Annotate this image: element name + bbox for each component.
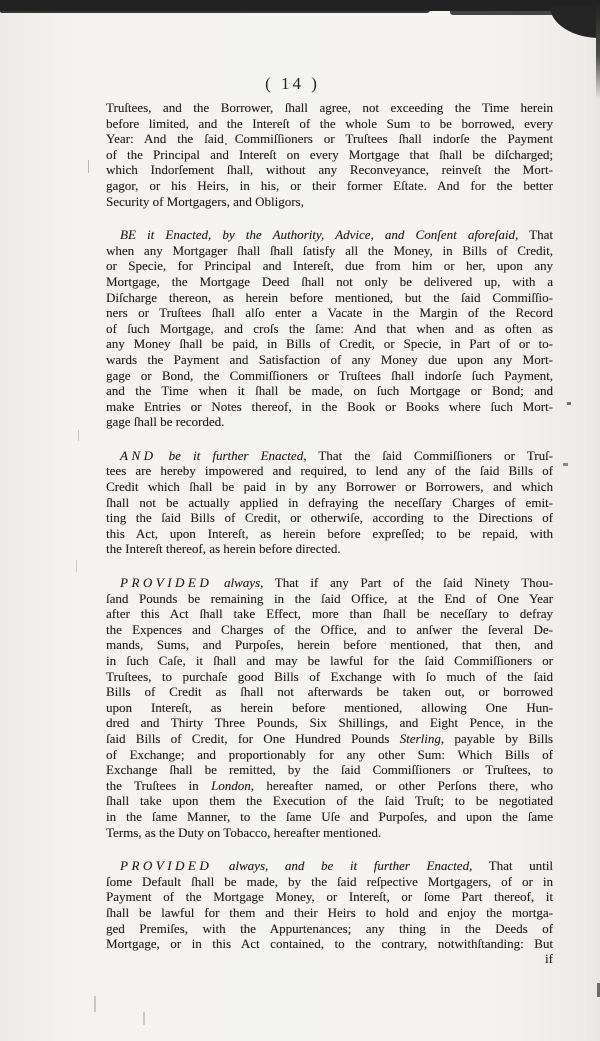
text-line: ſome Default ſhall be made, by the ſaid … bbox=[106, 874, 553, 890]
text-line: of ſuch Mortgage, and croſs the ſame: An… bbox=[106, 321, 553, 337]
text-run: ſome Default ſhall be made, by the ſaid … bbox=[106, 874, 553, 889]
text-line: wards the Payment and Satisfaction of an… bbox=[106, 352, 553, 368]
text-run: of ſuch Mortgage, and croſs the ſame: An… bbox=[106, 321, 553, 336]
scan-artifact bbox=[88, 160, 89, 173]
text-line: dred and Thirty Three Pounds, Six Shilli… bbox=[106, 715, 553, 731]
text-run: That bbox=[518, 227, 553, 242]
text-run: , hereafter named, or other Perſons ther… bbox=[251, 778, 553, 793]
scan-border-top-ragged-edge-right bbox=[450, 10, 560, 15]
italic-text-run: be it further Enacted, bbox=[157, 448, 307, 463]
text-line: or Specie, for Principal and Intereſt, d… bbox=[106, 258, 553, 274]
text-line: Bills of Credit as ſhall not afterwards … bbox=[106, 684, 553, 700]
text-run: Bills of Credit as ſhall not afterwards … bbox=[106, 684, 553, 699]
text-line: ſhall be lawful for them and their Heirs… bbox=[106, 905, 553, 921]
text-line: gage or Bond, the Commiſſioners or Truſt… bbox=[106, 368, 553, 384]
text-run: upon Intereſt, as herein before mentione… bbox=[106, 700, 553, 715]
text-run: of the Principal and Intereſt on every M… bbox=[106, 147, 553, 162]
text-run: the Intereſt thereof, as herein before d… bbox=[106, 541, 341, 556]
text-line: before limited, and the Intereſt of the … bbox=[106, 116, 553, 132]
text-run: That the ſaid Commiſſioners or Truſ- bbox=[306, 448, 553, 463]
scanned-document-page: ( 14 ) Truſtees, and the Borrower, ſhall… bbox=[0, 0, 600, 1041]
text-run: this Act, upon Intereſt, as herein befor… bbox=[106, 526, 553, 541]
text-line: Payment of the Mortgage Money, or Intere… bbox=[106, 889, 553, 905]
text-line: Truſtees, to purchaſe good Bills of Exch… bbox=[106, 669, 553, 685]
text-line: gagor, or his Heirs, in his, or their fo… bbox=[106, 178, 553, 194]
text-run: Truſtees, to purchaſe good Bills of Exch… bbox=[106, 669, 553, 684]
text-line: AND be it further Enacted, That the ſaid… bbox=[106, 448, 553, 464]
text-run: tees are hereby impowered and required, … bbox=[106, 463, 553, 478]
text-line: Truſtees, and the Borrower, ſhall agree,… bbox=[106, 100, 553, 116]
text-line: the Truſtees in London, hereafter named,… bbox=[106, 778, 553, 794]
text-run: That if any Part of the ſaid Ninety Thou… bbox=[263, 575, 553, 590]
text-run: ners or Truſtees ſhall alſo enter a Vaca… bbox=[106, 305, 553, 320]
paragraph-continuation: Truſtees, and the Borrower, ſhall agree,… bbox=[106, 100, 553, 209]
text-line: PROVIDED always, That if any Part of the… bbox=[106, 575, 553, 591]
text-line: Terms, as the Duty on Tobacco, hereafter… bbox=[106, 825, 553, 841]
text-run: wards the Payment and Satisfaction of an… bbox=[106, 352, 553, 367]
text-run: or Specie, for Principal and Intereſt, d… bbox=[106, 258, 553, 273]
text-line: BE it Enacted, by the Authority, Advice,… bbox=[106, 227, 553, 243]
scan-artifact bbox=[78, 430, 79, 441]
scan-border-top-ragged-edge bbox=[0, 10, 430, 13]
scan-border-right-edge bbox=[596, 0, 600, 100]
text-line: Diſcharge thereon, as herein before ment… bbox=[106, 290, 553, 306]
text-line: Exchange ſhall be remitted, by the ſaid … bbox=[106, 762, 553, 778]
text-run: gage or Bond, the Commiſſioners or Truſt… bbox=[106, 368, 553, 383]
scan-artifact bbox=[76, 560, 77, 572]
text-run: ſhall be lawful for them and their Heirs… bbox=[106, 905, 553, 920]
text-line: Year: And the ſaid Commiſſioners or Truſ… bbox=[106, 131, 553, 147]
text-line: ſand Pounds be remaining in the ſaid Off… bbox=[106, 591, 553, 607]
text-run: and the Time when it ſhall be made, on ſ… bbox=[106, 383, 553, 398]
scan-artifact bbox=[567, 402, 571, 405]
text-run: any Money ſhall be paid, in Bills of Cre… bbox=[106, 336, 553, 351]
text-run: mands, Sums, and Purpoſes, herein before… bbox=[106, 637, 553, 652]
scan-artifact bbox=[94, 996, 96, 1012]
italic-text-run: PROVIDED bbox=[120, 858, 212, 873]
text-line: in the ſame Manner, to the ſame Uſe and … bbox=[106, 809, 553, 825]
text-run: ſand Pounds be remaining in the ſaid Off… bbox=[106, 591, 553, 606]
text-line: ting the ſaid Bills of Credit, or otherw… bbox=[106, 510, 553, 526]
italic-text-run: AND bbox=[120, 448, 157, 463]
scan-artifact bbox=[143, 1012, 145, 1025]
text-run: gage ſhall be recorded. bbox=[106, 414, 224, 429]
text-line: ſaid Bills of Credit, for One Hundred Po… bbox=[106, 731, 553, 747]
text-run: Exchange ſhall be remitted, by the ſaid … bbox=[106, 762, 553, 777]
page-number: ( 14 ) bbox=[0, 74, 585, 94]
text-run: in ſuch Caſe, it ſhall and may be lawful… bbox=[106, 653, 553, 668]
italic-text-run: always, bbox=[212, 575, 263, 590]
text-run: before limited, and the Intereſt of the … bbox=[106, 116, 553, 131]
text-run: dred and Thirty Three Pounds, Six Shilli… bbox=[106, 715, 553, 730]
text-run: Security of Mortgagers, and Obligors, bbox=[106, 194, 304, 209]
italic-text-run: always, and be it further Enacted, bbox=[212, 858, 472, 873]
text-run: Diſcharge thereon, as herein before ment… bbox=[106, 290, 553, 305]
scan-artifact bbox=[225, 143, 227, 145]
text-run: in the ſame Manner, to the ſame Uſe and … bbox=[106, 809, 553, 824]
text-line: Mortgage, the Mortgage Deed ſhall not on… bbox=[106, 274, 553, 290]
text-line: after this Act ſhall take Effect, more t… bbox=[106, 606, 553, 622]
text-line: tees are hereby impowered and required, … bbox=[106, 463, 553, 479]
text-run: which Indorſement ſhall, without any Rec… bbox=[106, 162, 553, 177]
text-run: Mortgage, the Mortgage Deed ſhall not on… bbox=[106, 274, 553, 289]
text-run: , payable by Bills bbox=[441, 731, 553, 746]
text-line: and the Time when it ſhall be made, on ſ… bbox=[106, 383, 553, 399]
italic-text-run: London bbox=[211, 778, 251, 793]
italic-text-run: BE it Enacted, by the Authority, Advice,… bbox=[120, 227, 518, 242]
paragraph-provided-always-second: PROVIDED always, and be it further Enact… bbox=[106, 858, 553, 952]
text-run: ſhall take upon them the Execution of th… bbox=[106, 793, 553, 808]
text-run: gagor, or his Heirs, in his, or their fo… bbox=[106, 178, 553, 193]
text-run: after this Act ſhall take Effect, more t… bbox=[106, 606, 553, 621]
text-run: when any Mortgager ſhall ſhall ſatisfy a… bbox=[106, 243, 553, 258]
text-run: Payment of the Mortgage Money, or Intere… bbox=[106, 889, 553, 904]
text-run: Year: And the ſaid Commiſſioners or Truſ… bbox=[106, 131, 553, 146]
text-line: in ſuch Caſe, it ſhall and may be lawful… bbox=[106, 653, 553, 669]
text-run: Terms, as the Duty on Tobacco, hereafter… bbox=[106, 825, 381, 840]
scan-artifact bbox=[563, 463, 568, 466]
text-run: ged Premiſes, with the Appurtenances; an… bbox=[106, 921, 553, 936]
text-run: That until bbox=[472, 858, 553, 873]
text-line: the Expences and Charges of the Office, … bbox=[106, 622, 553, 638]
text-line: make Entries or Notes thereof, in the Bo… bbox=[106, 399, 553, 415]
paragraph-provided-always-first: PROVIDED always, That if any Part of the… bbox=[106, 575, 553, 840]
text-run: the Truſtees in bbox=[106, 778, 211, 793]
text-line: of Exchange; and proportionably for any … bbox=[106, 747, 553, 763]
text-line: any Money ſhall be paid, in Bills of Cre… bbox=[106, 336, 553, 352]
paragraph-and-be-it-further-enacted: AND be it further Enacted, That the ſaid… bbox=[106, 448, 553, 557]
text-line: Credit which ſhall be paid in by any Bor… bbox=[106, 479, 553, 495]
text-block: Truſtees, and the Borrower, ſhall agree,… bbox=[106, 100, 553, 970]
text-line: ged Premiſes, with the Appurtenances; an… bbox=[106, 921, 553, 937]
text-line: this Act, upon Intereſt, as herein befor… bbox=[106, 526, 553, 542]
scan-border-corner-wedge bbox=[550, 6, 600, 38]
text-line: gage ſhall be recorded. bbox=[106, 414, 553, 430]
text-run: Credit which ſhall be paid in by any Bor… bbox=[106, 479, 553, 494]
text-line: PROVIDED always, and be it further Enact… bbox=[106, 858, 553, 874]
text-line: Security of Mortgagers, and Obligors, bbox=[106, 194, 553, 210]
text-line: ſhall not be actually applied in defrayi… bbox=[106, 495, 553, 511]
text-run: ſhall not be actually applied in defrayi… bbox=[106, 495, 553, 510]
text-run: make Entries or Notes thereof, in the Bo… bbox=[106, 399, 553, 414]
text-run: Mortgage, or in this Act contained, to t… bbox=[106, 936, 553, 951]
text-line: which Indorſement ſhall, without any Rec… bbox=[106, 162, 553, 178]
text-line: ſhall take upon them the Execution of th… bbox=[106, 793, 553, 809]
text-line: upon Intereſt, as herein before mentione… bbox=[106, 700, 553, 716]
text-line: of the Principal and Intereſt on every M… bbox=[106, 147, 553, 163]
text-line: ners or Truſtees ſhall alſo enter a Vaca… bbox=[106, 305, 553, 321]
text-run: ſaid Bills of Credit, for One Hundred Po… bbox=[106, 731, 400, 746]
text-run: ting the ſaid Bills of Credit, or otherw… bbox=[106, 510, 553, 525]
catchword: if bbox=[448, 951, 553, 967]
text-line: the Intereſt thereof, as herein before d… bbox=[106, 541, 553, 557]
text-line: Mortgage, or in this Act contained, to t… bbox=[106, 936, 553, 952]
italic-text-run: PROVIDED bbox=[120, 575, 212, 590]
text-run: of Exchange; and proportionably for any … bbox=[106, 747, 553, 762]
text-run: the Expences and Charges of the Office, … bbox=[106, 622, 553, 637]
text-run: Truſtees, and the Borrower, ſhall agree,… bbox=[106, 100, 553, 115]
italic-text-run: Sterling bbox=[400, 731, 441, 746]
text-line: when any Mortgager ſhall ſhall ſatisfy a… bbox=[106, 243, 553, 259]
text-line: mands, Sums, and Purpoſes, herein before… bbox=[106, 637, 553, 653]
paragraph-be-it-enacted: BE it Enacted, by the Authority, Advice,… bbox=[106, 227, 553, 430]
